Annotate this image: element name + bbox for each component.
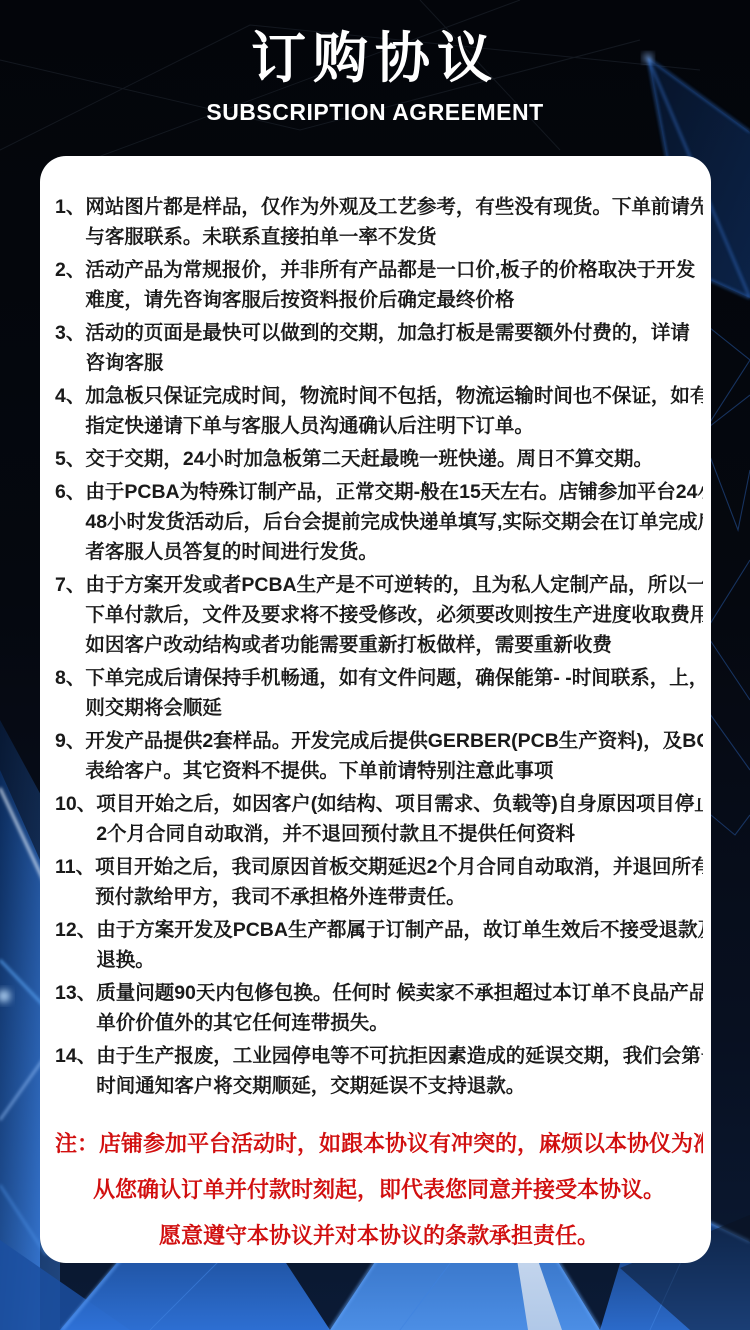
term-text: 开发产品提供2套样品。开发完成后提供GERBER(PCB生产资料)，及BOM表给… bbox=[85, 726, 703, 786]
note-line: 注：店铺参加平台活动时，如跟本协议有冲突的，麻烦以本协仪为准 bbox=[55, 1121, 703, 1167]
term-number: 8、 bbox=[55, 663, 85, 693]
term-line: 退换。 bbox=[96, 945, 703, 975]
term-item: 9、 开发产品提供2套样品。开发完成后提供GERBER(PCB生产资料)，及BO… bbox=[55, 726, 703, 786]
term-text: 由于方案开发及PCBA生产都属于订制产品，故订单生效后不接受退款及退换。 bbox=[96, 915, 703, 975]
term-line: 下单付款后，文件及要求将不接受修改，必须要改则按生产进度收取费用。 bbox=[85, 600, 703, 630]
term-line: 时间通知客户将交期顺延，交期延误不支持退款。 bbox=[96, 1071, 703, 1101]
term-item: 7、 由于方案开发或者PCBA生产是不可逆转的，且为私人定制产品，所以一但下单付… bbox=[55, 570, 703, 660]
term-line: 与客服联系。未联系直接拍单一率不发货 bbox=[85, 222, 703, 252]
term-line: 48小时发货活动后，后台会提前完成快递单填写,实际交期会在订单完成后或 bbox=[85, 507, 703, 537]
term-line: 由于PCBA为特殊订制产品，正常交期-般在15天左右。店铺参加平台24小时 bbox=[85, 477, 703, 507]
term-text: 由于PCBA为特殊订制产品，正常交期-般在15天左右。店铺参加平台24小时48小… bbox=[85, 477, 703, 567]
term-item: 6、 由于PCBA为特殊订制产品，正常交期-般在15天左右。店铺参加平台24小时… bbox=[55, 477, 703, 567]
term-item: 4、 加急板只保证完成时间，物流时间不包括，物流运输时间也不保证，如有指定快递请… bbox=[55, 381, 703, 441]
term-text: 活动的页面是最快可以做到的交期，加急打板是需要额外付费的，详请咨询客服 bbox=[85, 318, 703, 378]
term-line: 咨询客服 bbox=[85, 348, 703, 378]
term-item: 11、 项目开始之后，我司原因首板交期延迟2个月合同自动取消，并退回所有预付款给… bbox=[55, 852, 703, 912]
term-number: 5、 bbox=[55, 444, 85, 474]
term-line: 难度，请先咨询客服后按资料报价后确定最终价格 bbox=[85, 285, 703, 315]
term-number: 9、 bbox=[55, 726, 85, 756]
term-line: 单价价值外的其它任何连带损失。 bbox=[96, 1008, 703, 1038]
term-line: 由于方案开发或者PCBA生产是不可逆转的，且为私人定制产品，所以一但 bbox=[85, 570, 703, 600]
term-number: 6、 bbox=[55, 477, 85, 507]
term-item: 3、 活动的页面是最快可以做到的交期，加急打板是需要额外付费的，详请咨询客服 bbox=[55, 318, 703, 378]
term-item: 2、 活动产品为常规报价，并非所有产品都是一口价,板子的价格取决于开发难度，请先… bbox=[55, 255, 703, 315]
term-line: 表给客户。其它资料不提供。下单前请特别注意此事项 bbox=[85, 756, 703, 786]
term-line: 由于方案开发及PCBA生产都属于订制产品，故订单生效后不接受退款及 bbox=[96, 915, 703, 945]
term-line: 项目开始之后，如因客户(如结构、项目需求、负载等)自身原因项目停止 bbox=[96, 789, 703, 819]
note-block: 注：店铺参加平台活动时，如跟本协议有冲突的，麻烦以本协仪为准从您确认订单并付款时… bbox=[55, 1121, 703, 1259]
term-line: 质量问题90天内包修包换。任何时 候卖家不承担超过本订单不良品产品 bbox=[96, 978, 703, 1008]
note-line: 从您确认订单并付款时刻起，即代表您同意并接受本协议。 bbox=[55, 1167, 703, 1213]
term-number: 11、 bbox=[55, 852, 95, 882]
terms-list: 1、 网站图片都是样品，仅作为外观及工艺参考，有些没有现货。下单前请先与客服联系… bbox=[55, 192, 703, 1101]
term-line: 加急板只保证完成时间，物流时间不包括，物流运输时间也不保证，如有 bbox=[85, 381, 703, 411]
term-text: 由于生产报废，工业园停电等不可抗拒因素造成的延误交期，我们会第一时间通知客户将交… bbox=[96, 1041, 703, 1101]
term-item: 13、 质量问题90天内包修包换。任何时 候卖家不承担超过本订单不良品产品单价价… bbox=[55, 978, 703, 1038]
page-title: 订购协议 bbox=[0, 26, 750, 90]
term-number: 10、 bbox=[55, 789, 96, 819]
term-text: 下单完成后请保持手机畅通，如有文件问题，确保能第- -时间联系，上，否则交期将会… bbox=[85, 663, 703, 723]
term-number: 3、 bbox=[55, 318, 85, 348]
term-text: 加急板只保证完成时间，物流时间不包括，物流运输时间也不保证，如有指定快递请下单与… bbox=[85, 381, 703, 441]
term-text: 项目开始之后，我司原因首板交期延迟2个月合同自动取消，并退回所有预付款给甲方，我… bbox=[95, 852, 703, 912]
term-line: 预付款给甲方，我司不承担格外连带责任。 bbox=[95, 882, 703, 912]
term-number: 12、 bbox=[55, 915, 96, 945]
term-line: 2个月合同自动取消，并不退回预付款且不提供任何资料 bbox=[96, 819, 703, 849]
term-line: 则交期将会顺延 bbox=[85, 693, 703, 723]
term-item: 14、 由于生产报废，工业园停电等不可抗拒因素造成的延误交期，我们会第一时间通知… bbox=[55, 1041, 703, 1101]
term-number: 13、 bbox=[55, 978, 96, 1008]
term-text: 项目开始之后，如因客户(如结构、项目需求、负载等)自身原因项目停止2个月合同自动… bbox=[96, 789, 703, 849]
term-number: 14、 bbox=[55, 1041, 96, 1071]
term-line: 者客服人员答复的时间进行发货。 bbox=[85, 537, 703, 567]
term-line: 活动产品为常规报价，并非所有产品都是一口价,板子的价格取决于开发 bbox=[85, 255, 703, 285]
page-header: 订购协议 SUBSCRIPTION AGREEMENT bbox=[0, 26, 750, 126]
page-subtitle: SUBSCRIPTION AGREEMENT bbox=[0, 99, 750, 126]
term-text: 由于方案开发或者PCBA生产是不可逆转的，且为私人定制产品，所以一但下单付款后，… bbox=[85, 570, 703, 660]
term-text: 活动产品为常规报价，并非所有产品都是一口价,板子的价格取决于开发难度，请先咨询客… bbox=[85, 255, 703, 315]
term-text: 质量问题90天内包修包换。任何时 候卖家不承担超过本订单不良品产品单价价值外的其… bbox=[96, 978, 703, 1038]
term-item: 12、 由于方案开发及PCBA生产都属于订制产品，故订单生效后不接受退款及退换。 bbox=[55, 915, 703, 975]
term-line: 指定快递请下单与客服人员沟通确认后注明下订单。 bbox=[85, 411, 703, 441]
term-line: 网站图片都是样品，仅作为外观及工艺参考，有些没有现货。下单前请先 bbox=[85, 192, 703, 222]
term-line: 如因客户改动结构或者功能需要重新打板做样，需要重新收费 bbox=[85, 630, 703, 660]
term-line: 活动的页面是最快可以做到的交期，加急打板是需要额外付费的，详请 bbox=[85, 318, 703, 348]
term-item: 1、 网站图片都是样品，仅作为外观及工艺参考，有些没有现货。下单前请先与客服联系… bbox=[55, 192, 703, 252]
term-item: 8、 下单完成后请保持手机畅通，如有文件问题，确保能第- -时间联系，上，否则交… bbox=[55, 663, 703, 723]
term-text: 交于交期，24小时加急板第二天赶最晚一班快递。周日不算交期。 bbox=[85, 444, 703, 474]
term-number: 2、 bbox=[55, 255, 85, 285]
term-line: 开发产品提供2套样品。开发完成后提供GERBER(PCB生产资料)，及BOM bbox=[85, 726, 703, 756]
agreement-card: 1、 网站图片都是样品，仅作为外观及工艺参考，有些没有现货。下单前请先与客服联系… bbox=[40, 156, 711, 1263]
term-item: 10、 项目开始之后，如因客户(如结构、项目需求、负载等)自身原因项目停止2个月… bbox=[55, 789, 703, 849]
term-line: 由于生产报废，工业园停电等不可抗拒因素造成的延误交期，我们会第一 bbox=[96, 1041, 703, 1071]
term-number: 1、 bbox=[55, 192, 85, 222]
term-line: 项目开始之后，我司原因首板交期延迟2个月合同自动取消，并退回所有 bbox=[95, 852, 703, 882]
term-item: 5、 交于交期，24小时加急板第二天赶最晚一班快递。周日不算交期。 bbox=[55, 444, 703, 474]
term-line: 交于交期，24小时加急板第二天赶最晚一班快递。周日不算交期。 bbox=[85, 444, 703, 474]
term-number: 4、 bbox=[55, 381, 85, 411]
term-line: 下单完成后请保持手机畅通，如有文件问题，确保能第- -时间联系，上，否 bbox=[85, 663, 703, 693]
term-number: 7、 bbox=[55, 570, 85, 600]
term-text: 网站图片都是样品，仅作为外观及工艺参考，有些没有现货。下单前请先与客服联系。未联… bbox=[85, 192, 703, 252]
note-line: 愿意遵守本协议并对本协议的条款承担责任。 bbox=[55, 1213, 703, 1259]
